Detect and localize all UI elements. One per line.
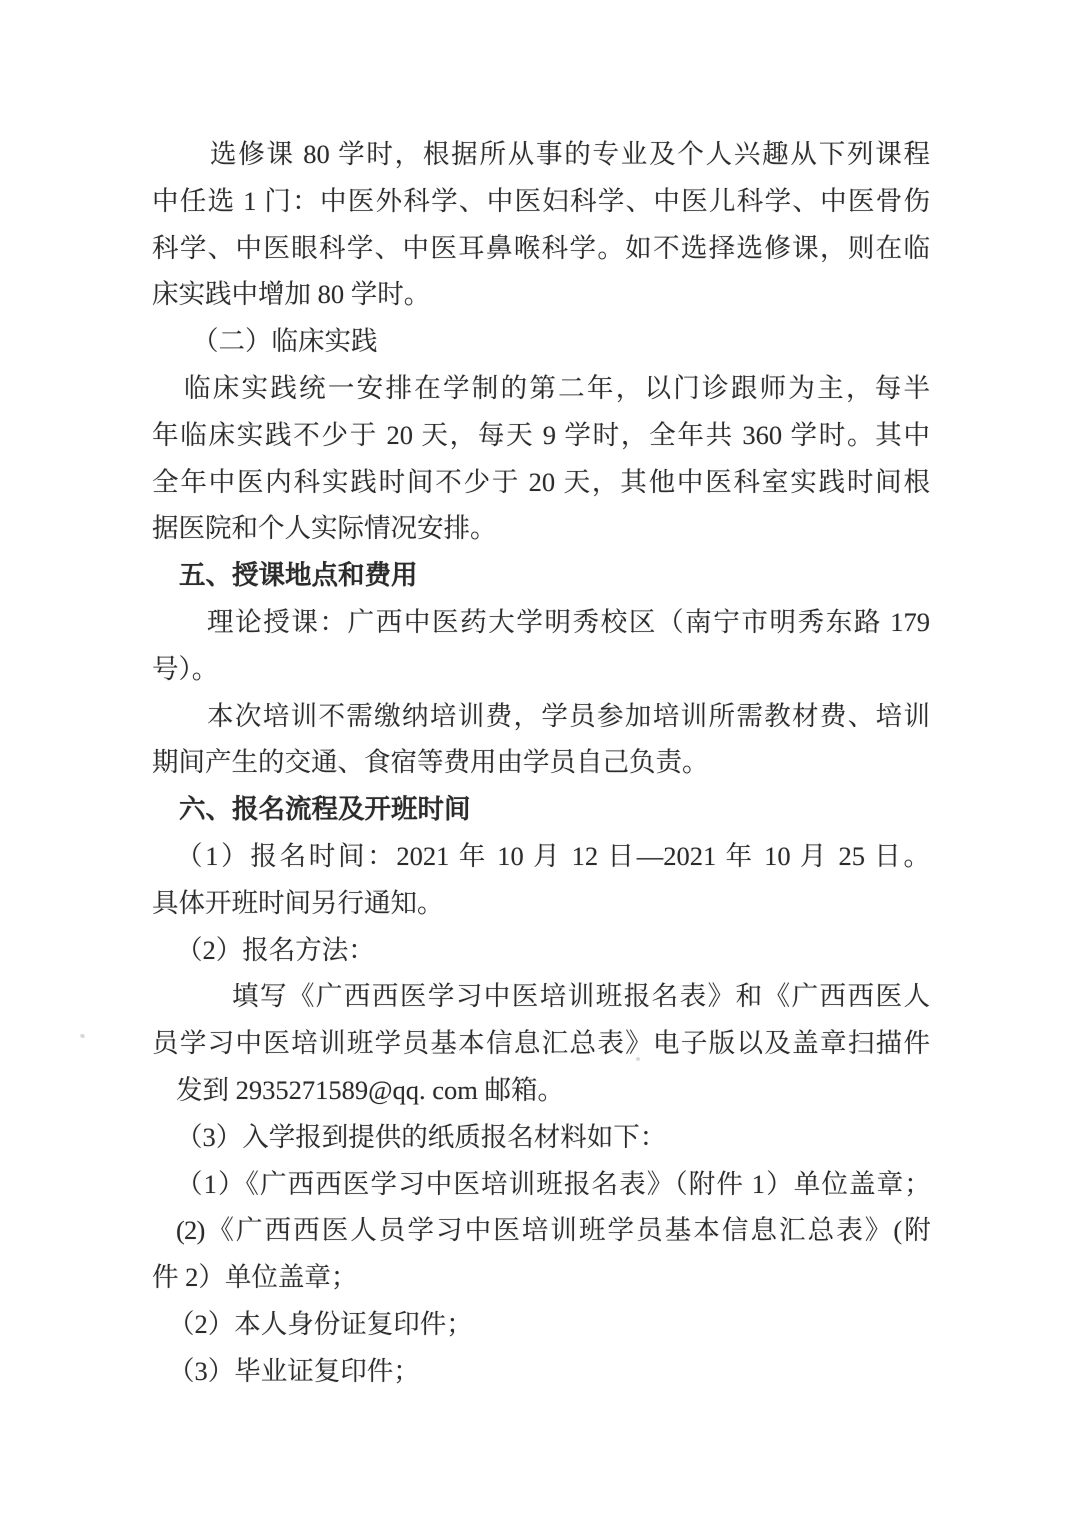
- text-line: 本次培训不需缴纳培训费，学员参加培训所需教材费、培训: [152, 693, 930, 740]
- subsection-heading-clinical-practice: （二）临床实践: [152, 318, 930, 365]
- section-heading-registration: 六、报名流程及开班时间: [152, 786, 930, 833]
- text-line: 选修课 80 学时，根据所从事的专业及个人兴趣从下列课程: [152, 131, 930, 178]
- text-line: 年临床实践不少于 20 天，每天 9 学时，全年共 360 学时。其中: [152, 412, 930, 459]
- text-line: 据医院和个人实际情况安排。: [152, 505, 930, 552]
- scan-speck: [79, 1033, 85, 1039]
- section-heading-venue-fees: 五、授课地点和费用: [152, 552, 930, 599]
- text-line: 填写《广西西医学习中医培训班报名表》和《广西西医人: [152, 973, 930, 1020]
- text-line: 件 2）单位盖章；: [152, 1254, 930, 1301]
- scan-speck: [636, 1057, 640, 1061]
- text-line: (2)《广西西医人员学习中医培训班学员基本信息汇总表》(附: [152, 1207, 930, 1254]
- text-line: 具体开班时间另行通知。: [152, 880, 930, 927]
- text-line: 科学、中医眼科学、中医耳鼻喉科学。如不选择选修课，则在临: [152, 225, 930, 272]
- text-line: （2）报名方法：: [152, 927, 930, 974]
- text-line: （3）入学报到提供的纸质报名材料如下：: [152, 1114, 930, 1161]
- document-page: 选修课 80 学时，根据所从事的专业及个人兴趣从下列课程 中任选 1 门：中医外…: [0, 0, 1079, 1530]
- text-line: 号）。: [152, 646, 930, 693]
- document-text: 选修课 80 学时，根据所从事的专业及个人兴趣从下列课程 中任选 1 门：中医外…: [152, 131, 930, 1395]
- text-line: 床实践中增加 80 学时。: [152, 271, 930, 318]
- text-line: 理论授课：广西中医药大学明秀校区（南宁市明秀东路 179: [152, 599, 930, 646]
- text-line: （2）本人身份证复印件；: [152, 1301, 930, 1348]
- email-line: 发到 2935271589@qq. com 邮箱。: [152, 1067, 930, 1114]
- text-line: 员学习中医培训班学员基本信息汇总表》电子版以及盖章扫描件: [152, 1020, 930, 1067]
- text-line: 中任选 1 门：中医外科学、中医妇科学、中医儿科学、中医骨伤: [152, 178, 930, 225]
- text-line: 期间产生的交通、食宿等费用由学员自己负责。: [152, 739, 930, 786]
- text-line: 临床实践统一安排在学制的第二年，以门诊跟师为主，每半: [152, 365, 930, 412]
- text-line: 全年中医内科实践时间不少于 20 天，其他中医科室实践时间根: [152, 459, 930, 506]
- text-line: （3）毕业证复印件；: [152, 1348, 930, 1395]
- text-line: （1）报名时间：2021 年 10 月 12 日—2021 年 10 月 25 …: [152, 833, 930, 880]
- text-line: （1）《广西西医学习中医培训班报名表》（附件 1）单位盖章；: [152, 1161, 930, 1208]
